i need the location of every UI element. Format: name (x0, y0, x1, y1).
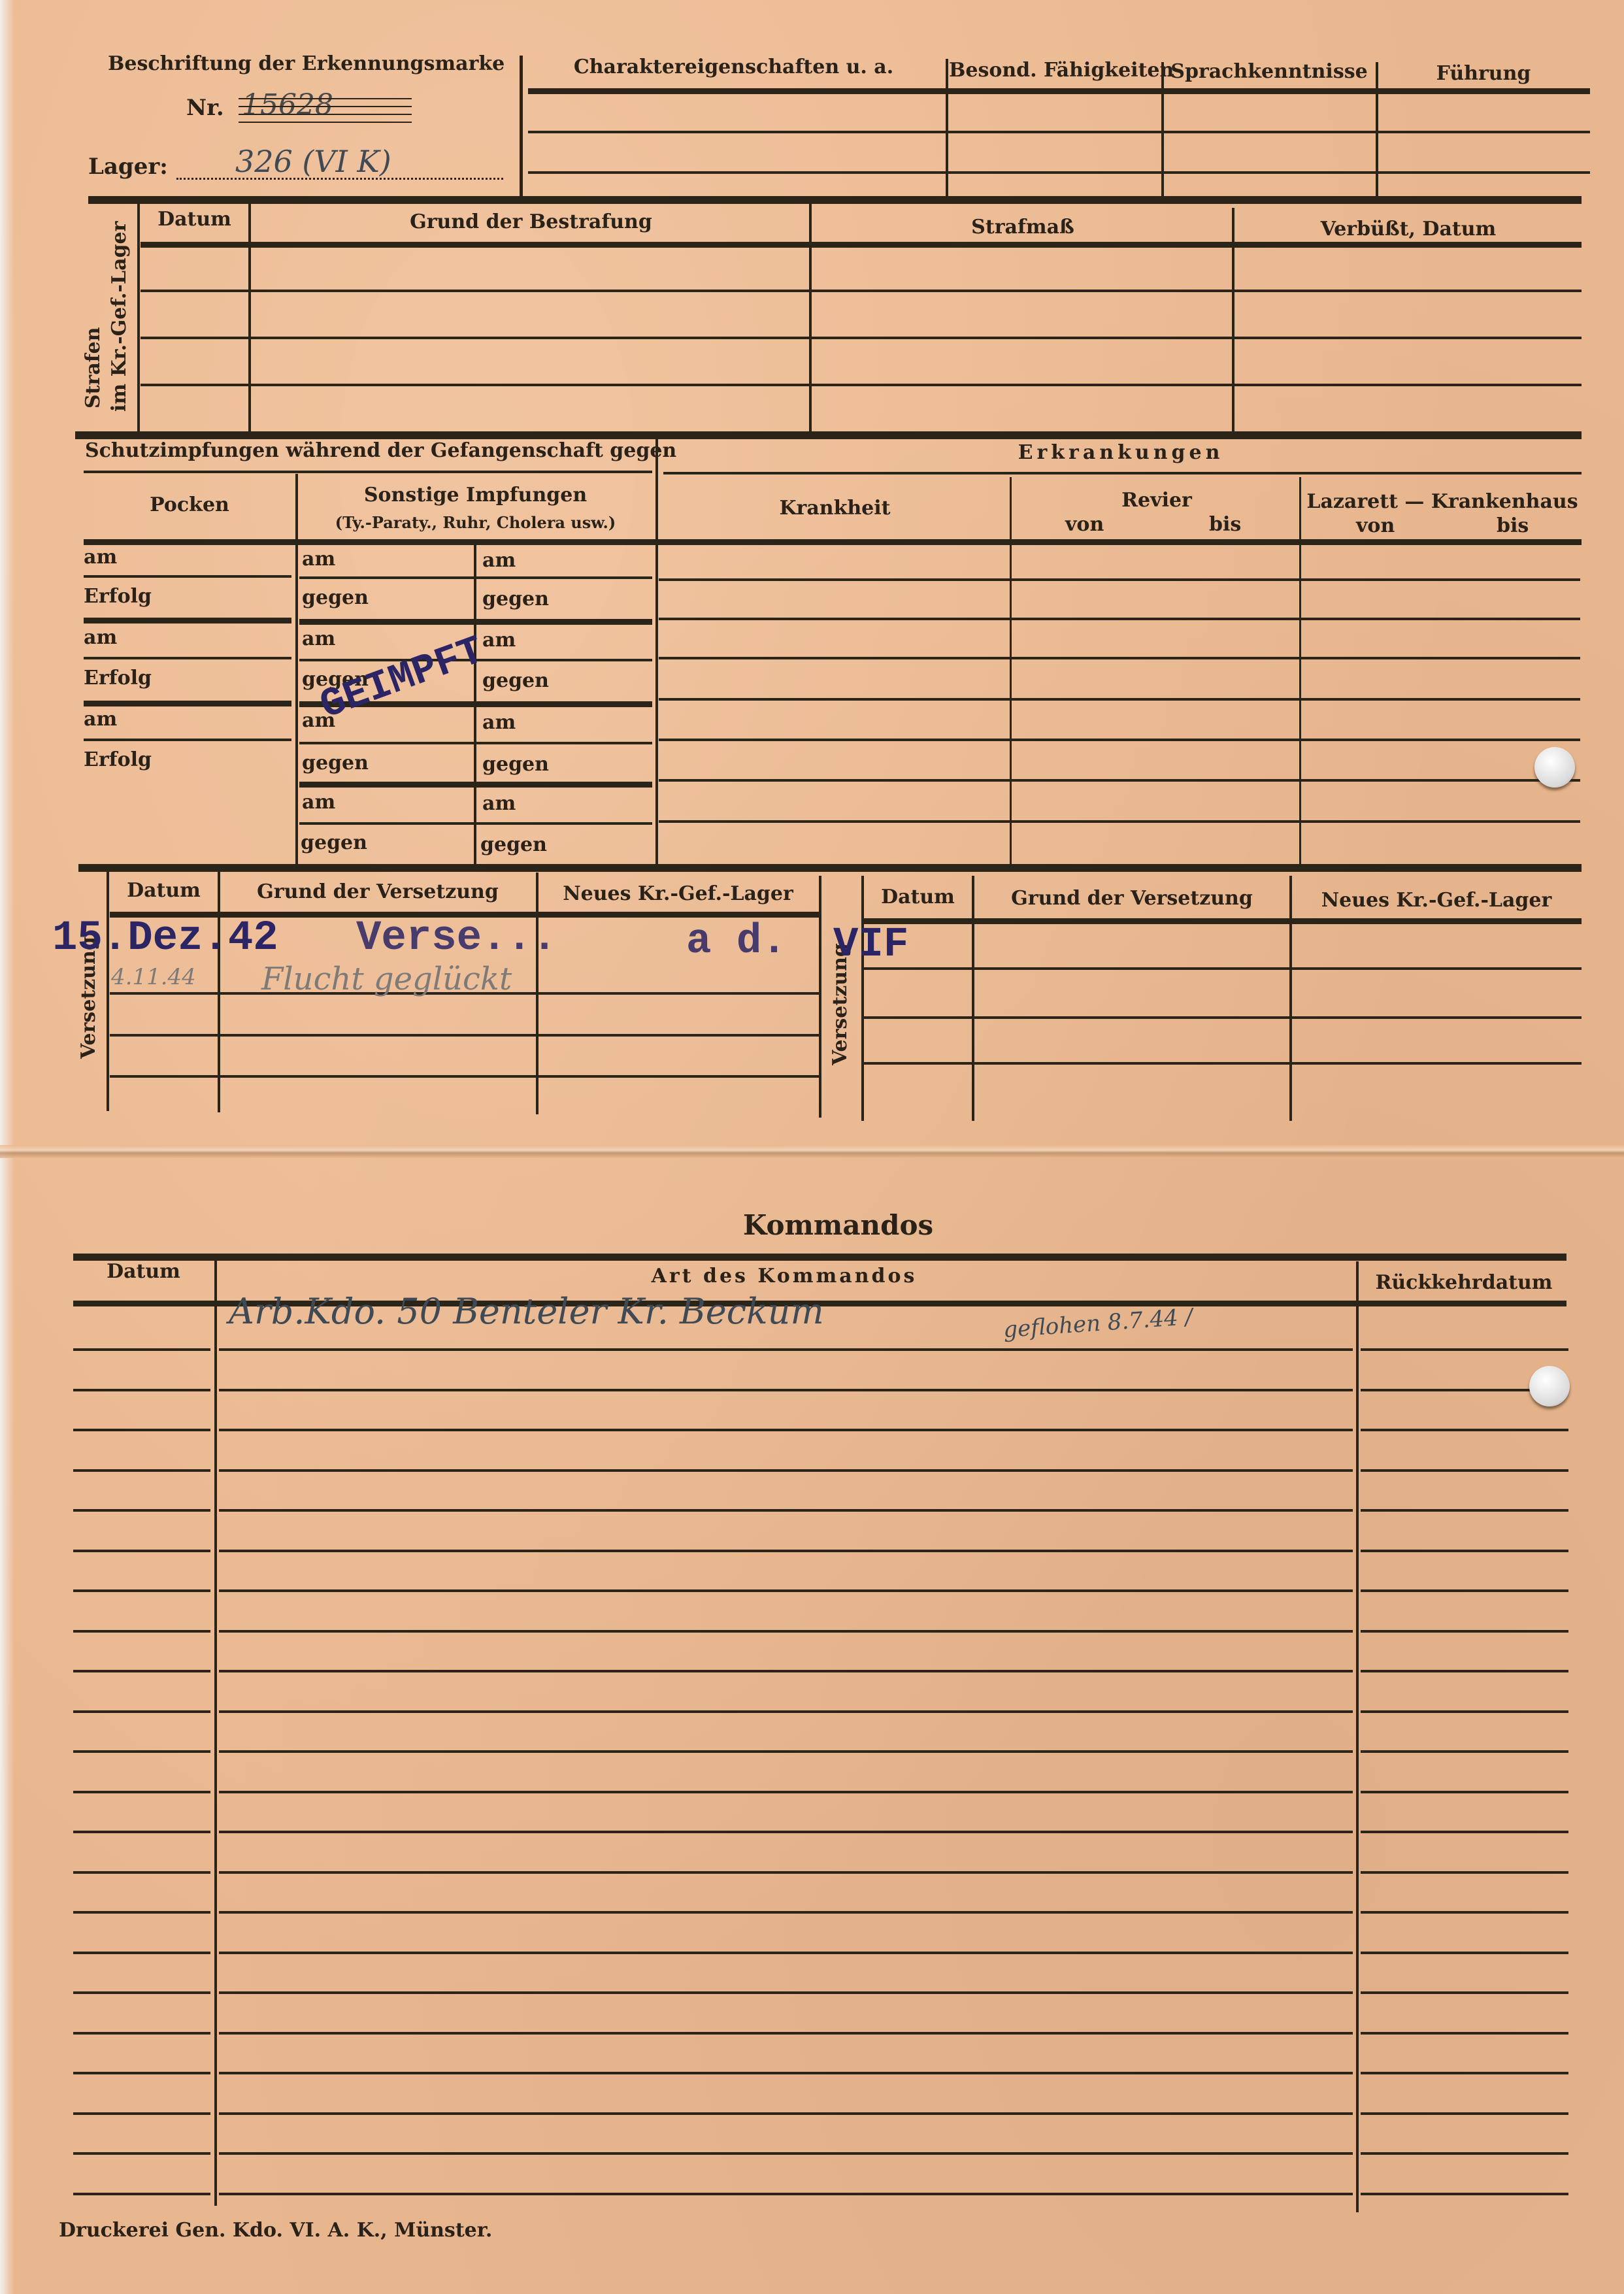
row-rule (1361, 2112, 1568, 2115)
row-rule (219, 1952, 1353, 1954)
row-rule (1361, 1429, 1568, 1431)
row-rule (1361, 1911, 1568, 1914)
row-rule (219, 1670, 1353, 1672)
sonstige-row: gegen (482, 588, 549, 610)
divider (137, 199, 140, 431)
row-rule (299, 822, 652, 825)
col-datum-right: Datum (864, 886, 972, 908)
divider (972, 876, 974, 1121)
row-rule (1361, 1630, 1568, 1633)
row-rule (219, 1429, 1353, 1431)
row-rule (663, 472, 1582, 474)
row-rule (141, 290, 1582, 292)
divider (1356, 1261, 1359, 2212)
row-rule (84, 618, 291, 623)
row-rule (659, 739, 1580, 741)
row-rule (110, 1075, 819, 1078)
divider (214, 1255, 217, 2206)
col-revier: Revier (1013, 489, 1301, 512)
row-rule (73, 2032, 210, 2035)
col-lazarett: Lazarett — Krankenhaus (1302, 490, 1583, 513)
col-datum: Datum (110, 879, 218, 902)
lazarett-von: von (1356, 514, 1395, 537)
row-rule (73, 1710, 210, 1713)
punch-hole (1534, 747, 1575, 788)
row-rule (84, 739, 291, 741)
divider (861, 876, 864, 1121)
row-rule (864, 1016, 1582, 1019)
row-rule (219, 1710, 1353, 1713)
row-rule (73, 1991, 210, 1994)
row-rule (1361, 2152, 1568, 2155)
col-charaktereigenschaften: Charaktereigenschaften u. a. (526, 56, 941, 78)
row-rule (73, 1630, 210, 1633)
col-neues-lager-right: Neues Kr.-Gef.-Lager (1293, 889, 1580, 912)
row-rule (1361, 1670, 1568, 1672)
nr-label: Nr. (186, 95, 224, 121)
sonstige-row: am (302, 791, 335, 814)
row-rule (1361, 1991, 1568, 1994)
row-rule (1361, 2032, 1568, 2035)
nr-underline-3 (239, 114, 412, 115)
row-rule (219, 2032, 1353, 2035)
header-rule (528, 88, 1590, 94)
row-rule (1361, 1831, 1568, 1833)
row-rule (299, 576, 652, 579)
row-rule (219, 1831, 1353, 1833)
col-grund-bestrafung: Grund der Bestrafung (252, 210, 810, 233)
row-rule (1361, 1952, 1568, 1954)
row-rule (1361, 1509, 1568, 1512)
row-rule (73, 2152, 210, 2155)
row-rule (73, 2112, 210, 2115)
header-rule (141, 242, 1582, 248)
row-rule (528, 171, 1590, 174)
geimpft-stamp: GEIMPFT (314, 627, 490, 729)
row-rule (73, 1670, 210, 1672)
section-rule (78, 864, 1582, 872)
row-rule (219, 1589, 1353, 1592)
row-rule (1361, 2072, 1568, 2074)
row-rule (219, 1469, 1353, 1472)
sonstige-row: gegen (482, 669, 549, 692)
row-rule (73, 1911, 210, 1914)
row-rule (219, 2193, 1353, 2195)
nr-underline-4 (239, 122, 412, 123)
sonstige-row: gegen (302, 752, 369, 774)
pocken-row: Erfolg (84, 667, 152, 690)
punch-hole (1529, 1366, 1570, 1406)
divider (520, 56, 523, 196)
nr-value: 15628 (242, 88, 333, 122)
row-rule (141, 384, 1582, 386)
col-strafmass: Strafmaß (814, 216, 1232, 239)
col-verbuesst: Verbüßt, Datum (1235, 218, 1582, 241)
row-rule (219, 2112, 1353, 2115)
sonstige-row: gegen (482, 753, 549, 776)
sonstige-row: am (302, 548, 335, 571)
row-rule (73, 1348, 210, 1351)
row-rule (219, 1630, 1353, 1633)
row-rule (299, 782, 652, 788)
row-rule (1361, 1550, 1568, 1552)
row-rule (73, 1429, 210, 1431)
row-rule (73, 1831, 210, 1833)
col-sprachkenntnisse: Sprachkenntnisse (1165, 60, 1374, 83)
erkrankungen-title: Erkrankungen (660, 441, 1582, 464)
revier-von: von (1065, 513, 1104, 536)
divider (1289, 876, 1292, 1121)
row-rule (73, 1952, 210, 1954)
sonstige-row: gegen (301, 831, 367, 854)
row-rule (659, 657, 1580, 659)
row-rule (1361, 1710, 1568, 1713)
row-rule (219, 1750, 1353, 1753)
row-rule (73, 1550, 210, 1552)
pocken-row: am (84, 708, 117, 731)
row-rule (1361, 1750, 1568, 1753)
row-rule (73, 1469, 210, 1472)
header-rule (864, 918, 1582, 924)
col-faehigkeiten: Besond. Fähigkeiten (949, 59, 1159, 82)
row-rule (73, 2193, 210, 2195)
row-rule (141, 337, 1582, 339)
row-rule (1361, 1469, 1568, 1472)
col-art: Art des Kommandos (216, 1265, 1353, 1288)
row-rule (528, 131, 1590, 133)
row-rule (73, 1509, 210, 1512)
row-rule (84, 471, 652, 473)
row-rule (1361, 1348, 1568, 1351)
row-rule (73, 1750, 210, 1753)
divider (248, 199, 251, 431)
section-rule (88, 196, 1582, 204)
row-rule (219, 1389, 1353, 1391)
row-rule (1361, 2193, 1568, 2195)
row-rule (219, 1348, 1353, 1351)
col-grund-versetzung: Grund der Versetzung (221, 880, 535, 903)
divider (946, 59, 948, 197)
row-rule (73, 2072, 210, 2074)
row-rule (219, 1509, 1353, 1512)
impfungen-title: Schutzimpfungen während der Gefangenscha… (85, 439, 676, 462)
row-rule (1361, 1871, 1568, 1874)
divider (1010, 477, 1012, 869)
sonstige-row: am (482, 792, 516, 815)
col-datum: Datum (141, 208, 248, 231)
sonstige-row: am (302, 627, 335, 650)
lager-label: Lager: (88, 154, 168, 180)
row-rule (1361, 1791, 1568, 1793)
versetzung-hand-date: 4.11.44 (111, 964, 196, 990)
row-rule (84, 657, 291, 659)
divider (809, 204, 812, 436)
col-rueckkehr: Rückkehrdatum (1359, 1271, 1568, 1294)
row-rule (1361, 1589, 1568, 1592)
divider (1376, 62, 1378, 197)
sonstige-row: gegen (480, 833, 547, 856)
row-rule (84, 575, 291, 578)
col-datum: Datum (73, 1260, 214, 1283)
lazarett-bis: bis (1497, 514, 1529, 537)
row-rule (110, 1034, 819, 1037)
row-rule (219, 2152, 1353, 2155)
row-rule (219, 2072, 1353, 2074)
erkennungsmarke-label: Beschriftung der Erkennungsmarke (108, 52, 505, 75)
row-rule (659, 779, 1580, 782)
row-rule (299, 742, 652, 744)
row-rule (659, 698, 1580, 701)
lager-value: 326 (VI K) (235, 144, 391, 179)
row-rule (73, 1589, 210, 1592)
divider (819, 876, 821, 1118)
row-rule (659, 618, 1580, 620)
row-rule (219, 1550, 1353, 1552)
row-rule (73, 1871, 210, 1874)
col-grund-versetzung-right: Grund der Versetzung (975, 887, 1289, 910)
row-rule (219, 1911, 1353, 1914)
versetzung-stamp-camp: VIF (833, 922, 908, 969)
strafen-side-label-2: im Kr.-Gef.-Lager (108, 222, 131, 412)
divider (295, 474, 298, 865)
row-rule (219, 1871, 1353, 1874)
nr-underline-1 (239, 98, 412, 99)
row-rule (864, 1062, 1582, 1065)
pocken-row: Erfolg (84, 585, 152, 608)
col-fuehrung: Führung (1379, 62, 1588, 85)
versetzung-hand-reason: Flucht geglückt (261, 961, 512, 997)
sonstige-row: am (482, 629, 516, 652)
row-rule (84, 701, 291, 706)
row-rule (864, 967, 1582, 970)
row-rule (299, 619, 652, 625)
sonstige-label: Sonstige Impfungen (297, 484, 654, 507)
sonstige-row: gegen (302, 586, 369, 609)
nr-underline-2 (239, 106, 412, 107)
pocken-row: am (84, 626, 117, 649)
section-rule (75, 431, 1582, 439)
row-rule (73, 1791, 210, 1793)
pocken-label: Pocken (85, 493, 294, 516)
row-rule (659, 820, 1580, 823)
header-rule (84, 539, 1582, 545)
sonstige-row: am (482, 711, 516, 734)
divider (655, 437, 658, 868)
strafen-side-label: Strafen (82, 327, 105, 408)
row-rule (659, 578, 1580, 581)
row-rule (73, 1389, 210, 1391)
col-neues-lager: Neues Kr.-Gef.-Lager (539, 882, 817, 905)
divider (1161, 62, 1164, 197)
sonstige-sub: (Ty.-Paraty., Ruhr, Cholera usw.) (297, 513, 654, 532)
kommando-entry-art: Arb.Kdo. 50 Benteler Kr. Beckum (229, 1291, 824, 1332)
pocken-row: Erfolg (84, 748, 152, 771)
versetzung-stamp-target: a d. (686, 918, 787, 965)
paper-fold (0, 1145, 1624, 1158)
row-rule (219, 1991, 1353, 1994)
row-rule (219, 1791, 1353, 1793)
divider (1299, 477, 1301, 869)
kommandos-title: Kommandos (0, 1209, 1624, 1241)
col-krankheit: Krankheit (660, 497, 1010, 520)
sonstige-row: am (482, 549, 516, 572)
kommando-entry-note: geflohen 8.7.44 / (1003, 1304, 1193, 1343)
divider (107, 869, 109, 1111)
printer-imprint: Druckerei Gen. Kdo. VI. A. K., Münster. (59, 2219, 492, 2242)
versetzung-stamp-reason: Verse... (356, 915, 557, 962)
revier-bis: bis (1209, 513, 1241, 536)
pocken-row: am (84, 546, 117, 569)
header-top-rule (73, 1254, 1566, 1261)
versetzung-stamp-date: 15.Dez.42 (52, 915, 278, 962)
